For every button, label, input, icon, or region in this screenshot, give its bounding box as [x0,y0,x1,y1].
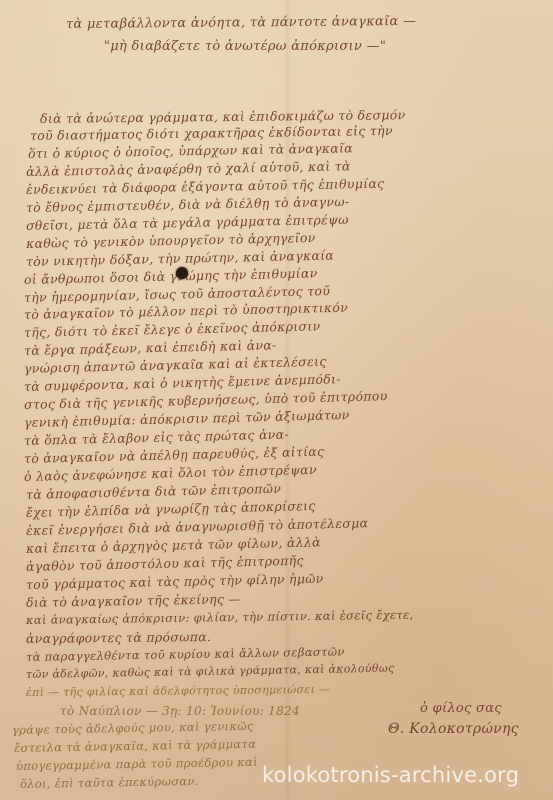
header-line: "μὴ διαβάζετε τὸ ἀνωτέρω ἀπόκρισιν —" [104,39,386,54]
closing-text: ὁ φίλος σας [420,701,502,716]
archive-watermark: kolokotronis-archive.org [262,763,519,787]
ink-blot [176,267,188,279]
header-line: τὰ μεταβάλλοντα ἀνόητα, τὰ πάντοτε ἀναγκ… [66,14,416,32]
signature: Θ. Κολοκοτρώνης [388,721,519,737]
date-line: τὸ Ναύπλιον — 3ῃ: 10: Ἰουνίου: 1824 [60,704,300,718]
body-line: ἀναγράφοντες τὰ πρόσωπα. [26,629,211,646]
